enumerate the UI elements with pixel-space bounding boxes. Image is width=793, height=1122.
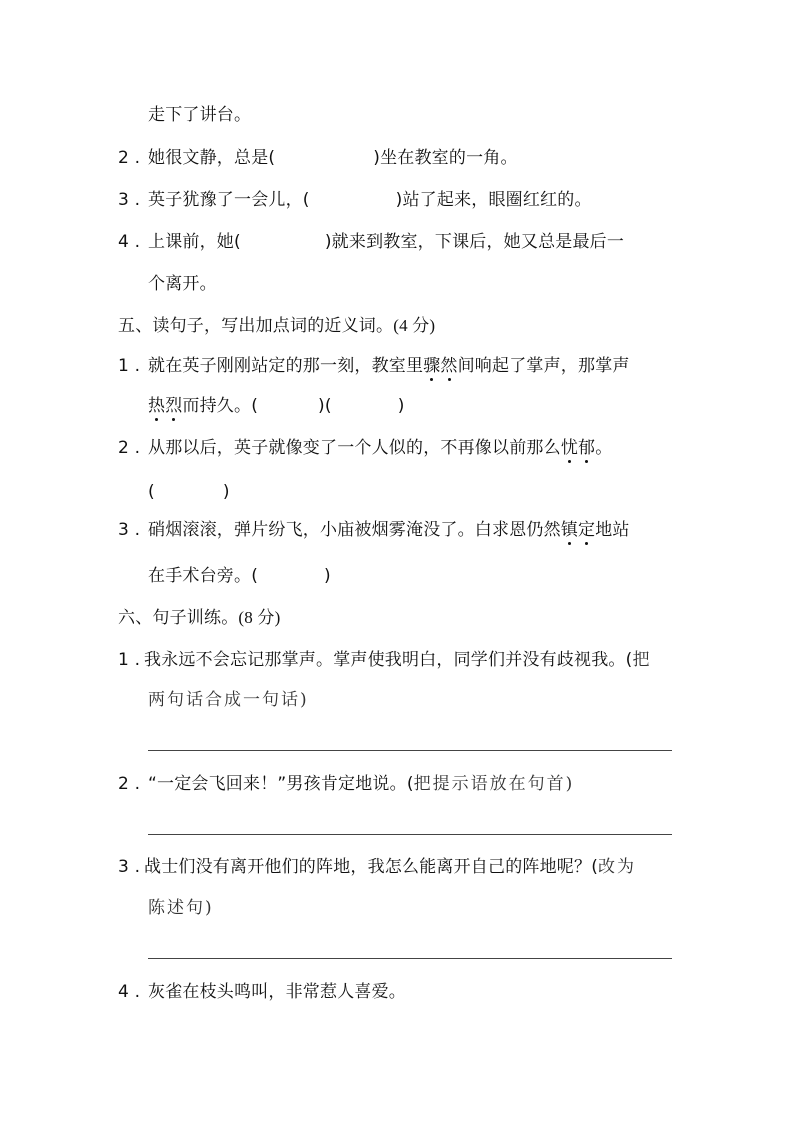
item-number: 3 . [118,190,140,210]
item-text-before: 上课前，她( [148,232,241,252]
dotted-char: 然 [440,356,457,376]
item-text-after: )就来到教室，下课后，她又总是最后一 [325,232,624,252]
item-number: 2 . [118,148,140,168]
section-score: (4 分) [393,316,435,335]
item-number: 2 . [118,774,140,794]
item-number: 3 . [118,520,140,540]
item-number: 4 . [118,232,140,252]
item-text-cont: 个离开。 [148,274,217,294]
instruction-hint: 把 [632,650,651,670]
answer-line[interactable] [148,834,672,835]
item-number: 1 . [118,650,140,670]
instruction-hint: 把提示语放在句首) [414,774,575,794]
item-number: 3 . [118,857,140,877]
bracket: ) [398,396,405,416]
dotted-char: 忧 [561,438,578,458]
instruction-hint: 两句话合成一句话) [148,690,309,710]
dotted-char: 郁 [578,438,595,458]
bracket: ) [223,482,230,502]
section-title: 五、读句子，写出加点词的近义词。 [118,316,393,336]
dotted-char: 烈 [165,396,182,416]
item-text: 间响起了掌声，那掌声 [458,356,630,376]
item-text: 而持久。( [182,396,258,416]
instruction-hint: 陈述句) [148,898,214,918]
answer-line[interactable] [148,750,672,751]
item-text: 地站 [595,520,629,540]
item-text: 。 [595,438,612,458]
item-number: 1 . [118,356,140,376]
item-text: 我永远不会忘记那掌声。掌声使我明白，同学们并没有歧视我。( [144,650,632,670]
item-text: 灰雀在枝头鸣叫，非常惹人喜爱。 [148,982,406,1002]
dotted-char: 骤 [423,356,440,376]
item-text: 在手术台旁。( [148,566,258,586]
instruction-hint: 改为 [598,857,636,877]
answer-line[interactable] [148,958,672,959]
item-text-before: 英子犹豫了一会儿，( [148,190,310,210]
item-text: 硝烟滚滚，弹片纷飞，小庙被烟雾淹没了。白求恩仍然 [148,520,561,540]
item-text: 战士们没有离开他们的阵地，我怎么能离开自己的阵地呢？( [144,857,598,877]
item-text-after: )坐在教室的一角。 [373,148,517,168]
dotted-char: 热 [148,396,165,416]
dotted-char: 镇 [561,520,578,540]
section-title: 六、句子训练。 [118,608,238,628]
item-number: 2 . [118,438,140,458]
item-text: “一定会飞回来！”男孩肯定地说。( [148,774,414,794]
bracket: ( [148,482,155,502]
item-text: 从那以后，英子就像变了一个人似的，不再像以前那么 [148,438,561,458]
bracket: )( [318,396,332,416]
item-text-after: )站了起来，眼圈红红的。 [396,190,592,210]
item-number: 4 . [118,982,140,1002]
section-score: (8 分) [238,608,280,627]
bracket: ) [324,566,331,586]
dotted-char: 定 [578,520,595,540]
item-text-before: 她很文静，总是( [148,148,275,168]
item-text: 就在英子刚刚站定的那一刻，教室里 [148,356,423,376]
continued-text: 走下了讲台。 [148,105,251,125]
